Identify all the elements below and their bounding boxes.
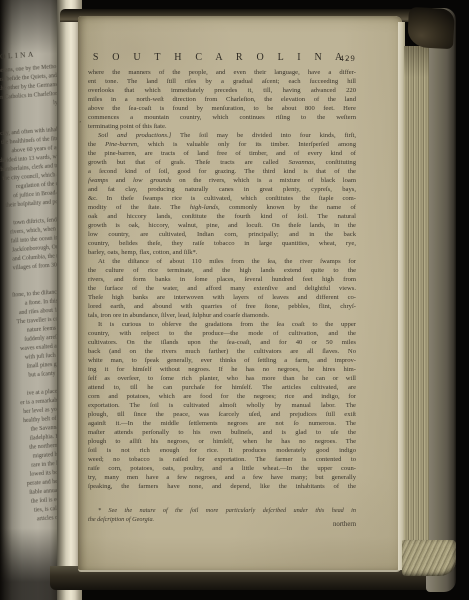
body-line: growth is oak, hiccory, walnut, pine, an… bbox=[88, 221, 356, 230]
page-header-row: S O U T H C A R O L I N A. 429 bbox=[88, 52, 356, 65]
body-line: weed; no tobacco is raiſed for exportati… bbox=[88, 455, 356, 464]
fore-edge-pages bbox=[404, 46, 429, 570]
body-line: country, beſides theſe, they raiſe tobac… bbox=[88, 239, 356, 248]
body-line: country, with reſpect to the produce—the… bbox=[88, 329, 356, 338]
body-line: try, many men have a few negroes, and a … bbox=[88, 473, 356, 482]
body-line: above the ſea-coaſt is found by menſurat… bbox=[88, 104, 356, 113]
body-line: and fat clay, producing naturally canes … bbox=[88, 185, 356, 194]
cover-right-edge bbox=[426, 8, 456, 592]
body-line: tals, iron ore in abundance, ſilver, lea… bbox=[88, 311, 356, 320]
body-line: ſpeaking, the farmers have none, and dep… bbox=[88, 482, 356, 491]
body-line: ing it for himſelf without negroes. If h… bbox=[88, 365, 356, 374]
body-line: Theſe high banks are interwoven with lay… bbox=[88, 293, 356, 302]
body-line: exportation. The ſoil is cultivated almo… bbox=[88, 401, 356, 410]
body-line: low country, are cultivated, Indian corn… bbox=[88, 230, 356, 239]
body-line: raiſe corn, potatoes, oats, poultry, and… bbox=[88, 464, 356, 473]
body-line: barley, oats, hemp, flax, cotton, and ſi… bbox=[88, 248, 356, 257]
facing-page-shadow bbox=[0, 0, 62, 600]
body-line: commences a mountain country, which cont… bbox=[88, 113, 356, 122]
body-line: overlooks that which immediately precede… bbox=[88, 86, 356, 95]
body-line: the ſurface of the water, and afford man… bbox=[88, 284, 356, 293]
body-text: where the manners of the people, and eve… bbox=[88, 68, 356, 491]
body-line: where the manners of the people, and eve… bbox=[88, 68, 356, 77]
body-line: back (and on the rivers much farther) th… bbox=[88, 347, 356, 356]
book-photo: OLINA utherans, one by the Methomerians,… bbox=[0, 0, 469, 600]
body-line: At the diſtance of about 110 miles from … bbox=[88, 257, 356, 266]
body-line: maſter attends perſonally to his own buſ… bbox=[88, 428, 356, 437]
page-number: 429 bbox=[340, 53, 356, 63]
body-line: the pine-barren, are tracts of land free… bbox=[88, 149, 356, 158]
body-line: modity of the ſtate. The high-lands, com… bbox=[88, 203, 356, 212]
body-line: plough to aſſiſt his negroes, or himſelf… bbox=[88, 437, 356, 446]
body-line: ent tone. The land ſtill riſes by a grad… bbox=[88, 77, 356, 86]
body-line: the culture of rice terminate, and the h… bbox=[88, 266, 356, 275]
body-line: It is curious to obſerve the gradations … bbox=[88, 320, 356, 329]
body-line: attend to, till he can purchaſe for himſ… bbox=[88, 383, 356, 392]
fore-edge-bottom-corner bbox=[402, 540, 456, 576]
cover-top-corner bbox=[407, 7, 455, 49]
body-line: plough, till ſince the peace, was ſcarce… bbox=[88, 410, 356, 419]
body-line: terminating point of this ſtate. bbox=[88, 122, 356, 131]
main-page: S O U T H C A R O L I N A. 429 ’ where t… bbox=[78, 16, 402, 572]
body-line: &c. In theſe ſwamps rice is cultivated, … bbox=[88, 194, 356, 203]
catchword: northern bbox=[88, 521, 356, 528]
body-line: Soil and productions.] The ſoil may be d… bbox=[88, 131, 356, 140]
body-line: ſoil is not rich enough for rice. It pro… bbox=[88, 446, 356, 455]
margin-mark: ’ bbox=[79, 120, 81, 128]
body-line: cultivators. On the iſlands upon the ſea… bbox=[88, 338, 356, 347]
body-line: white man, to ſpeak generally, ever thin… bbox=[88, 356, 356, 365]
body-line: ſwamps and low grounds on the rivers, wh… bbox=[88, 176, 356, 185]
body-line: miles in a north-weſt direction from Cha… bbox=[88, 95, 356, 104]
facing-page: OLINA utherans, one by the Methomerians,… bbox=[0, 0, 62, 600]
running-head: S O U T H C A R O L I N A. bbox=[88, 52, 356, 63]
body-line: rivers, and form banks in ſome places, ſ… bbox=[88, 275, 356, 284]
body-line: ſelf as overſeer, to ſome rich planter, … bbox=[88, 374, 356, 383]
body-line: the Pine-barren, which is valuable only … bbox=[88, 140, 356, 149]
body-line: growth but that of graſs. Theſe tracts a… bbox=[88, 158, 356, 167]
body-line: oak and hiccory lands, conſtitute the fo… bbox=[88, 212, 356, 221]
footnote-line: * See the nature of the ſoil more partic… bbox=[88, 506, 356, 515]
body-line: a ſecond kind of ſoil, good for grazing.… bbox=[88, 167, 356, 176]
body-line: corn and potatoes, which are food for th… bbox=[88, 392, 356, 401]
body-line: lored earth, and abound with quarries of… bbox=[88, 302, 356, 311]
body-line: againſt it.—In the middle ſettlements ne… bbox=[88, 419, 356, 428]
